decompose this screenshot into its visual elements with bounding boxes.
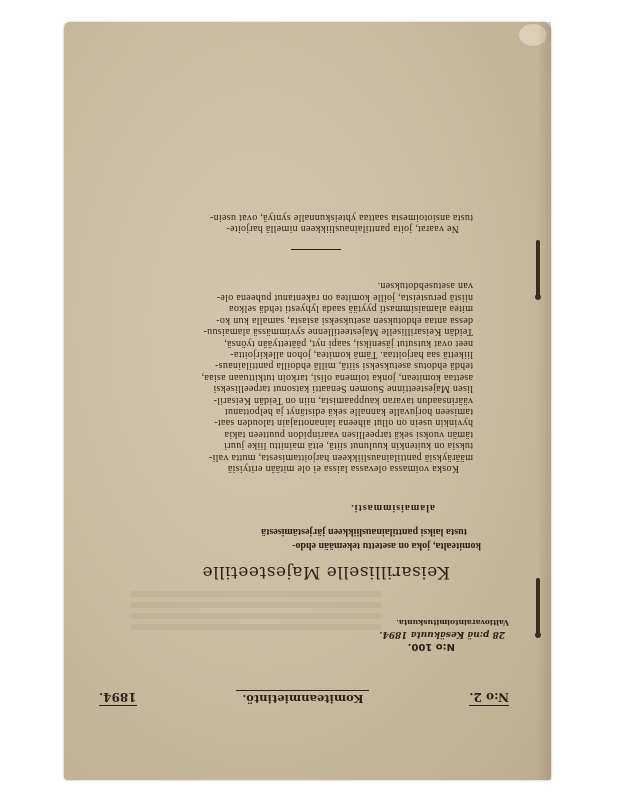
document-page: N:o 2. Komiteanmietintö. 1894. N:o 100. …: [64, 22, 551, 780]
text-line: dessa antaa ehdotuksen asetukseksi asias…: [143, 314, 473, 325]
paragraph-3: Ne vaarat, joita panttilainausliikkeen n…: [143, 211, 473, 234]
staple-mark-upper: [536, 240, 540, 298]
text-line: tuksia on kuitenkin kuulunut siitä, että…: [143, 440, 473, 451]
document-title: Keisarilliselle Majesteetille: [161, 562, 491, 582]
text-line: tämän vuoksi sekä tarpeellisen vaarinpid…: [143, 428, 473, 439]
rotated-content: N:o 2. Komiteanmietintö. 1894. N:o 100. …: [64, 22, 551, 780]
text-line: liikettä saa harjoittaa. Tämä komitea, j…: [143, 349, 473, 360]
text-line: Teidän Keisarilliselle Majesteetillenne …: [143, 326, 473, 337]
text-line: mitea alamaisimmasti pyytää saada lyhyes…: [143, 303, 473, 314]
section-title: Komiteanmietintö.: [236, 690, 369, 706]
section-divider: [291, 249, 341, 250]
subtitle-line: alamaisimmasti.: [191, 500, 481, 514]
subtitle-line: tusta laiksi panttilainausliikkeen järje…: [191, 524, 481, 538]
text-line: lisen Majesteettinne Suomen Senaatti kat…: [143, 383, 473, 394]
document-year: 1894.: [99, 690, 137, 706]
text-line: neet ovat kutsutut jäseniksi, saapi nyt,…: [143, 337, 473, 348]
paragraph-1: Koska voimassa olevassa laissa ei ole mi…: [143, 337, 473, 474]
text-line: asettaa komitean, jonka toimena olisi, t…: [143, 371, 473, 382]
subtitle-line: komitealta, joka on asetettu tekemään eh…: [191, 538, 481, 552]
text-line: Ne vaarat, joita panttilainausliikkeen n…: [143, 223, 473, 234]
document-subtitle: komitealta, joka on asetettu tekemään eh…: [191, 500, 481, 552]
bleed-through-text: [131, 590, 381, 630]
page-header: N:o 2. Komiteanmietintö. 1894.: [99, 690, 509, 710]
staple-mark-lower: [536, 578, 540, 636]
text-line: Koska voimassa olevassa laissa ei ole mi…: [143, 463, 473, 474]
text-line: van asetusehdotuksen.: [143, 280, 473, 291]
text-line: väärinsaadun tavaran kauppaamista, niin …: [143, 394, 473, 405]
text-line: tehdä ehdotus asetukseksi siitä, millä e…: [143, 360, 473, 371]
text-line: määräyksiä panttilainausliikkeen harjoit…: [143, 451, 473, 462]
text-line: tusta ansiotoimesta saattaa yhteiskunnal…: [143, 211, 473, 222]
doc-number: N:o 100.: [309, 640, 509, 652]
paragraph-2: Teidän Keisarilliselle Majesteetillenne …: [143, 280, 473, 337]
text-line: hyvinkin usein on ollut aiheena lainanot…: [143, 417, 473, 428]
document-series-number: N:o 2.: [469, 690, 509, 706]
text-line: niistä perusteista, joille komitea on ra…: [143, 291, 473, 302]
text-line: tamiseen horjuvalle kannalle sekä edistä…: [143, 406, 473, 417]
